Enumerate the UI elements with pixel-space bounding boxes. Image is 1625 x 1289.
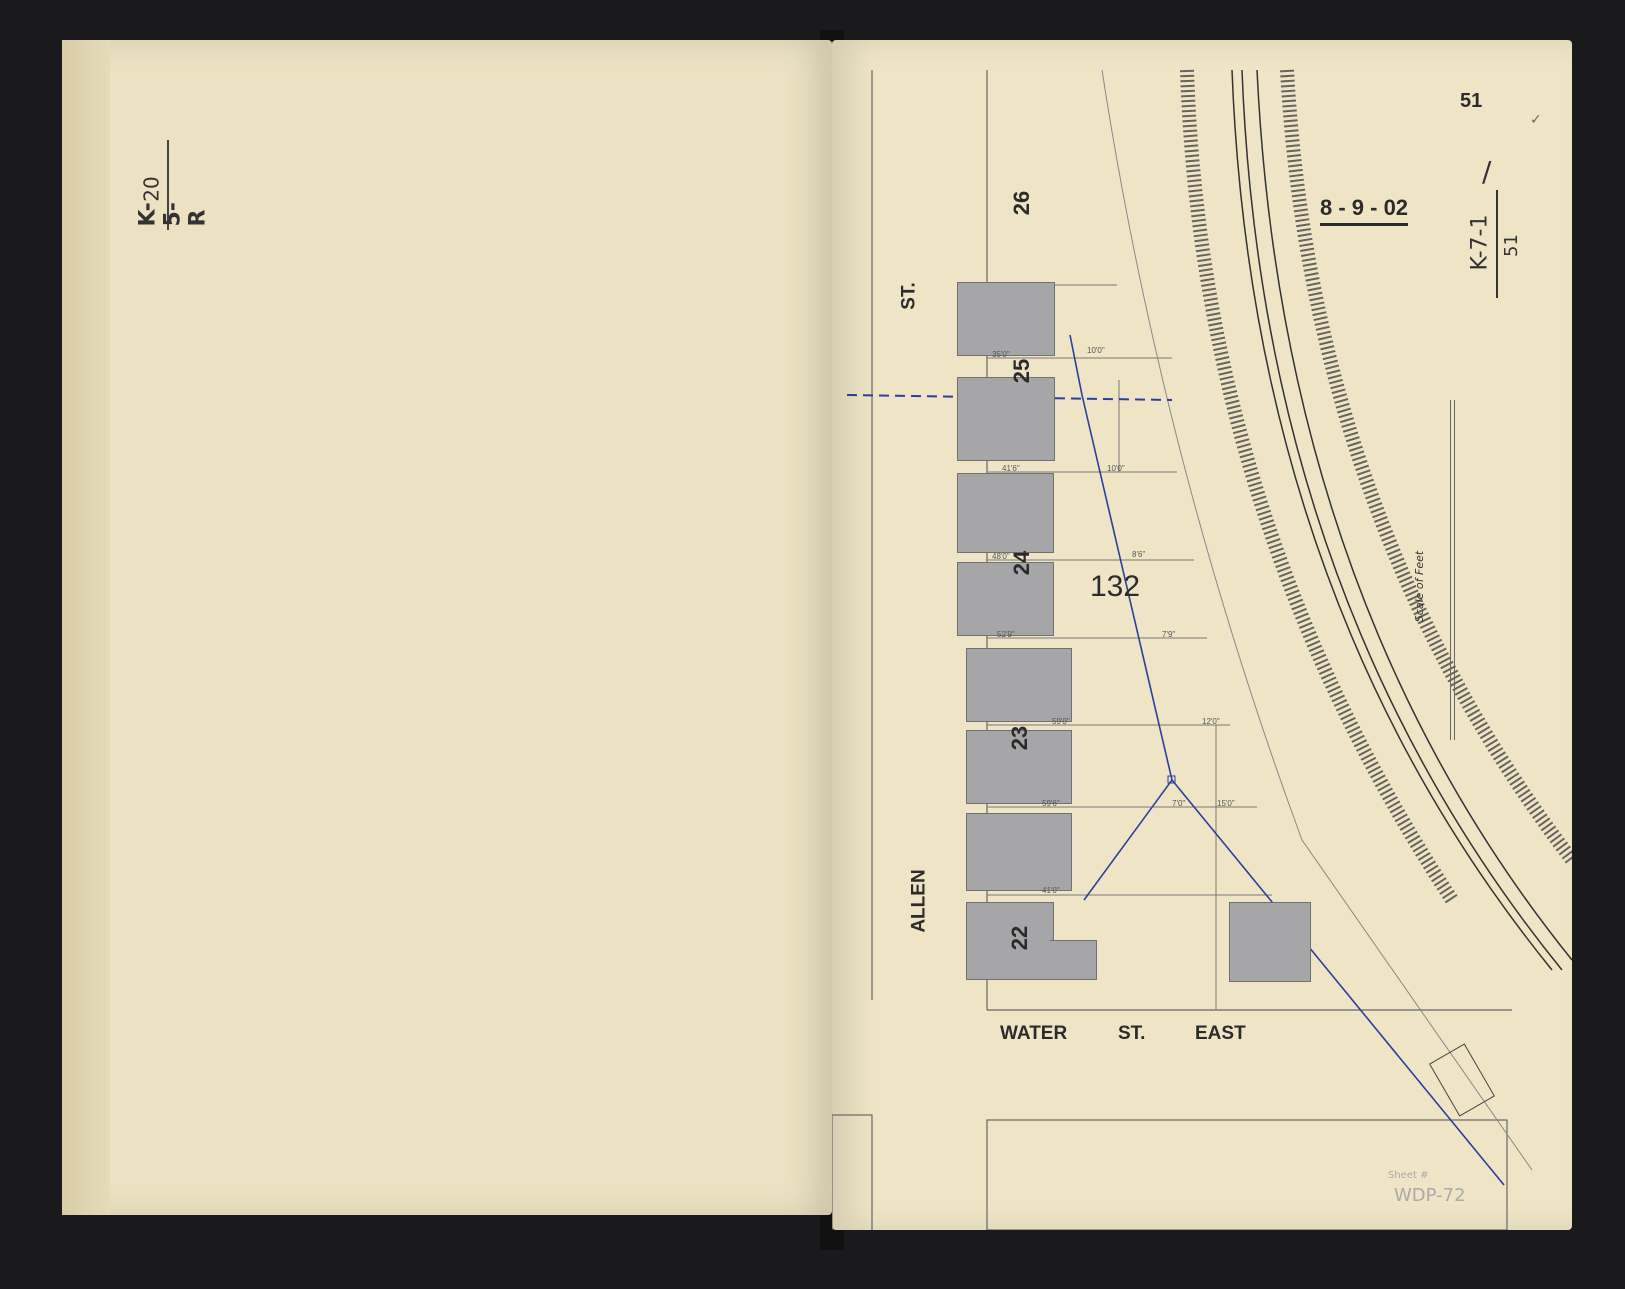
left-page: 20 K-5-R: [62, 40, 832, 1215]
scale-label: Scale of Feet: [1413, 551, 1426, 622]
building-east: [1229, 902, 1311, 982]
dimension: 41'0": [1042, 886, 1060, 895]
scale-bar: [1450, 400, 1455, 740]
lot-number-24: 24: [1009, 551, 1035, 575]
dimension: 59'6": [1042, 799, 1060, 808]
building-lot-22c: [1050, 940, 1097, 980]
building-lot-26: [957, 282, 1055, 356]
map-linework: [832, 40, 1572, 1230]
sheet-ref-denominator: 51: [1501, 234, 1522, 257]
dimension: 59'0": [1052, 717, 1070, 726]
lot-number-23: 23: [1007, 726, 1033, 750]
dimension: 7'0": [1172, 799, 1185, 808]
lot-number-25: 25: [1009, 359, 1035, 383]
dimension: 10'0": [1107, 464, 1125, 473]
sheet-ref-line: [1496, 190, 1498, 298]
building-lot-23a: [966, 648, 1072, 722]
pencil-note-sheet: Sheet #: [1388, 1170, 1428, 1181]
dimension: 15'0": [1217, 799, 1235, 808]
street-label-east: EAST: [1195, 1023, 1246, 1045]
lot-number-26: 26: [1009, 191, 1035, 215]
dimension: 7'9": [1162, 630, 1175, 639]
page-number: 51: [1460, 90, 1482, 113]
right-page: 26 25 24 23 22 132 ST. ALLEN WATER ST. E…: [832, 40, 1572, 1230]
dimension: 8'6": [1132, 550, 1145, 559]
dimension: 35'0": [992, 350, 1010, 359]
left-page-ref: 20 K-5-R: [147, 135, 187, 235]
block-number: 132: [1090, 570, 1140, 604]
pencil-note-id: WDP-72: [1394, 1185, 1466, 1206]
dimension: 48'0": [992, 552, 1010, 561]
ref-denominator: K-5-R: [136, 199, 211, 227]
lot-number-22: 22: [1007, 926, 1033, 950]
building-lot-24a: [957, 473, 1054, 553]
slash-mark: /: [1482, 155, 1491, 188]
building-lot-22a: [966, 813, 1072, 891]
street-label-st: ST.: [1118, 1023, 1145, 1045]
check-mark: ✓: [1530, 112, 1542, 128]
dimension: 52'9": [997, 630, 1015, 639]
dimension: 12'0": [1202, 717, 1220, 726]
sheet-ref-numerator: K-7-1: [1468, 215, 1493, 271]
building-lot-25: [957, 377, 1055, 461]
survey-date: 8 - 9 - 02: [1320, 195, 1408, 226]
street-label-water: WATER: [1000, 1023, 1067, 1045]
page-edge-stack: [62, 40, 110, 1215]
street-label-allen: ALLEN: [909, 869, 931, 932]
street-label-st-top: ST.: [899, 282, 921, 309]
dimension: 10'0": [1087, 346, 1105, 355]
dimension: 41'6": [1002, 464, 1020, 473]
building-lot-24b: [957, 562, 1054, 636]
sheet-reference: K-7-1 51: [1472, 190, 1522, 300]
